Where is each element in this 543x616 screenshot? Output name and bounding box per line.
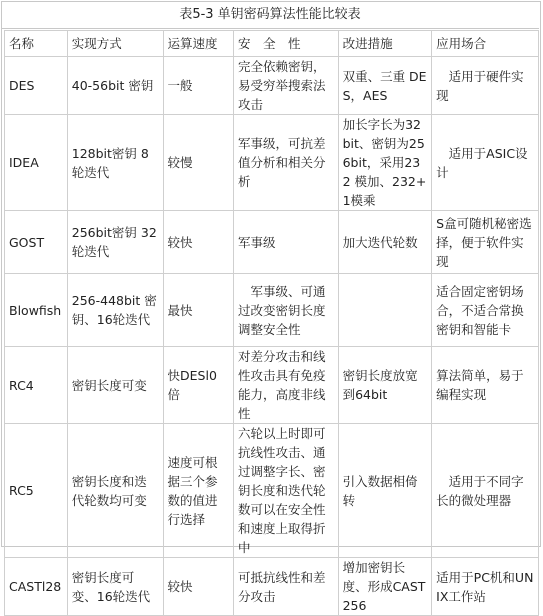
cell-speed: 一般 [163,57,233,115]
cell-speed: 最快 [163,274,233,347]
cell-implementation: 密钥长度和迭代轮数均可变 [67,424,163,551]
table-row: DES40-56bit 密钥一般完全依赖密钥，易受穷举搜索法攻击双重、三重 DE… [5,57,539,115]
table-row: RC4密钥长度可变快DESl0倍对差分攻击和线性攻击具有免疫能力，高度非线性密钥… [5,347,539,424]
cell-speed: 较快 [163,211,233,274]
cell-improvement: 加大迭代轮数 [338,211,432,274]
cell-name: Blowfish [5,274,68,347]
cell-implementation: 40-56bit 密钥 [67,57,163,115]
cell-application: 算法简单，易于编程实现 [432,347,539,424]
header-name: 名称 [5,31,68,57]
cell-application: S盒可随机秘密选择，便于软件实现 [432,211,539,274]
cell-name: DES [5,57,68,115]
cell-implementation: 256bit密钥 32轮迭代 [67,211,163,274]
cell-speed: 速度可根据三个参数的值进行选择 [163,424,233,551]
cell-implementation: 密钥长度可变 [67,347,163,424]
table-row: IDEA128bit密钥 8轮迭代较慢军事级，可抗差值分析和相关分析加长字长为3… [5,115,539,211]
cell-application: 适合固定密钥场合，不适合常换密钥和智能卡 [432,274,539,347]
header-speed: 运算速度 [163,31,233,57]
cell-speed: 快DESl0倍 [163,347,233,424]
cell-application: 适用于硬件实现 [432,57,539,115]
cell-security: 军事级 [233,211,338,274]
cell-name: RC4 [5,347,68,424]
cell-name: IDEA [5,115,68,211]
cell-security: 六轮以上时即可抗线性攻击、通过调整字长、密钥长度和迭代轮数可以在安全性和速度上取… [233,424,338,551]
cell-security: 军事级、可通过改变密钥长度调整安全性 [233,274,338,347]
cell-application: 适用于不同字长的微处理器 [432,424,539,551]
header-row: 名称 实现方式 运算速度 安 全 性 改进措施 应用场合 [5,31,539,57]
cell-application: 适用于ASIC设计 [432,115,539,211]
cell-improvement: 双重、三重 DES，AES [338,57,432,115]
cell-name: GOST [5,211,68,274]
cell-speed: 较慢 [163,115,233,211]
cell-implementation: 256-448bit 密钥、16轮迭代 [67,274,163,347]
cell-improvement [338,274,432,347]
header-application: 应用场合 [432,31,539,57]
cipher-comparison-table: 名称 实现方式 运算速度 安 全 性 改进措施 应用场合 DES40-56bit… [4,30,539,550]
cell-improvement: 密钥长度放宽到64bit [338,347,432,424]
cell-name: RC5 [5,424,68,551]
table-row: Blowfish256-448bit 密钥、16轮迭代最快 军事级、可通过改变密… [5,274,539,347]
cell-security: 军事级，可抗差值分析和相关分析 [233,115,338,211]
cell-improvement: 引入数据相倚转 [338,424,432,551]
table-caption: 表5-3 单钥密码算法性能比较表 [1,1,539,29]
cell-implementation: 128bit密钥 8轮迭代 [67,115,163,211]
header-implementation: 实现方式 [67,31,163,57]
table-row: GOST256bit密钥 32轮迭代较快军事级加大迭代轮数S盒可随机秘密选择，便… [5,211,539,274]
cell-improvement: 加长字长为32bit、密钥为256bit，采用232 模加、232+1模乘 [338,115,432,211]
header-security: 安 全 性 [233,31,338,57]
cell-security: 对差分攻击和线性攻击具有免疫能力，高度非线性 [233,347,338,424]
header-improvement: 改进措施 [338,31,432,57]
cell-security: 完全依赖密钥，易受穷举搜索法攻击 [233,57,338,115]
table-row: RC5密钥长度和迭代轮数均可变速度可根据三个参数的值进行选择六轮以上时即可抗线性… [5,424,539,551]
